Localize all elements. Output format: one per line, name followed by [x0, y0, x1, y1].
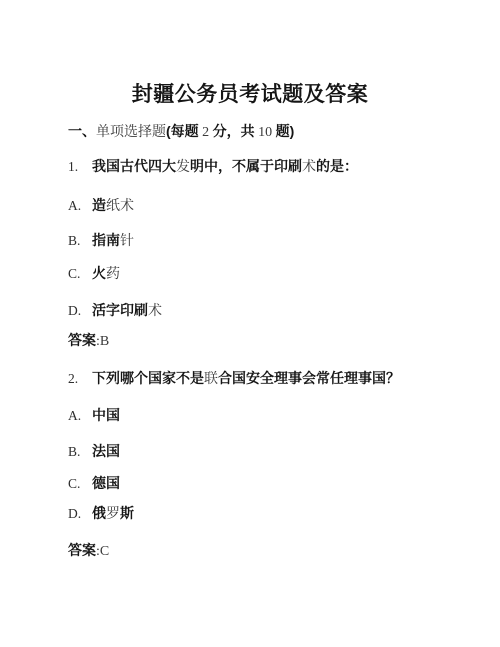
question-1-number: 1. [68, 158, 92, 175]
answer-value: B [100, 334, 109, 349]
option-text: 造纸术 [92, 197, 134, 213]
question-1-option-a: A.造纸术 [68, 197, 134, 215]
question-2-option-a: A.中国 [68, 407, 120, 424]
option-letter: B. [68, 443, 92, 460]
option-text: 德国 [92, 475, 120, 491]
exam-document-page: 封疆公务员考试题及答案 一、单项选择题(每题 2 分，共 10 题) 1.我国古… [0, 0, 500, 647]
question-2-option-d: D.俄罗斯 [68, 505, 134, 523]
option-text: 火药 [92, 265, 120, 281]
option-letter: A. [68, 407, 92, 424]
section-heading-text: 一、单项选择题(每题 2 分，共 10 题) [68, 123, 294, 139]
answer-label: 答案 [68, 332, 96, 348]
question-2-option-c: C.德国 [68, 475, 120, 492]
option-text: 指南针 [92, 232, 134, 248]
question-1-option-c: C.火药 [68, 265, 120, 283]
question-2-number: 2. [68, 370, 92, 387]
option-text: 中国 [92, 407, 120, 423]
question-2-option-b: B.法国 [68, 443, 120, 460]
question-1-option-d: D.活字印刷术 [68, 302, 162, 320]
question-2-stem: 2.下列哪个国家不是联合国安全理事会常任理事国？ [68, 370, 400, 388]
option-text: 活字印刷术 [92, 302, 162, 318]
option-letter: C. [68, 265, 92, 282]
section-heading: 一、单项选择题(每题 2 分，共 10 题) [68, 123, 294, 141]
question-1-text: 我国古代四大发明中，不属于印刷术的是： [92, 158, 358, 174]
question-2-answer: 答案:C [68, 542, 109, 560]
answer-label: 答案 [68, 542, 96, 558]
question-1-option-b: B.指南针 [68, 232, 134, 250]
option-text: 法国 [92, 443, 120, 459]
question-1-answer: 答案:B [68, 332, 109, 350]
question-1-stem: 1.我国古代四大发明中，不属于印刷术的是： [68, 158, 358, 176]
option-text: 俄罗斯 [92, 505, 134, 521]
answer-value: C [100, 544, 109, 559]
option-letter: D. [68, 505, 92, 522]
question-2-text: 下列哪个国家不是联合国安全理事会常任理事国？ [92, 370, 400, 386]
option-letter: B. [68, 232, 92, 249]
option-letter: A. [68, 197, 92, 214]
document-title: 封疆公务员考试题及答案 [0, 78, 500, 108]
option-letter: C. [68, 475, 92, 492]
option-letter: D. [68, 302, 92, 319]
